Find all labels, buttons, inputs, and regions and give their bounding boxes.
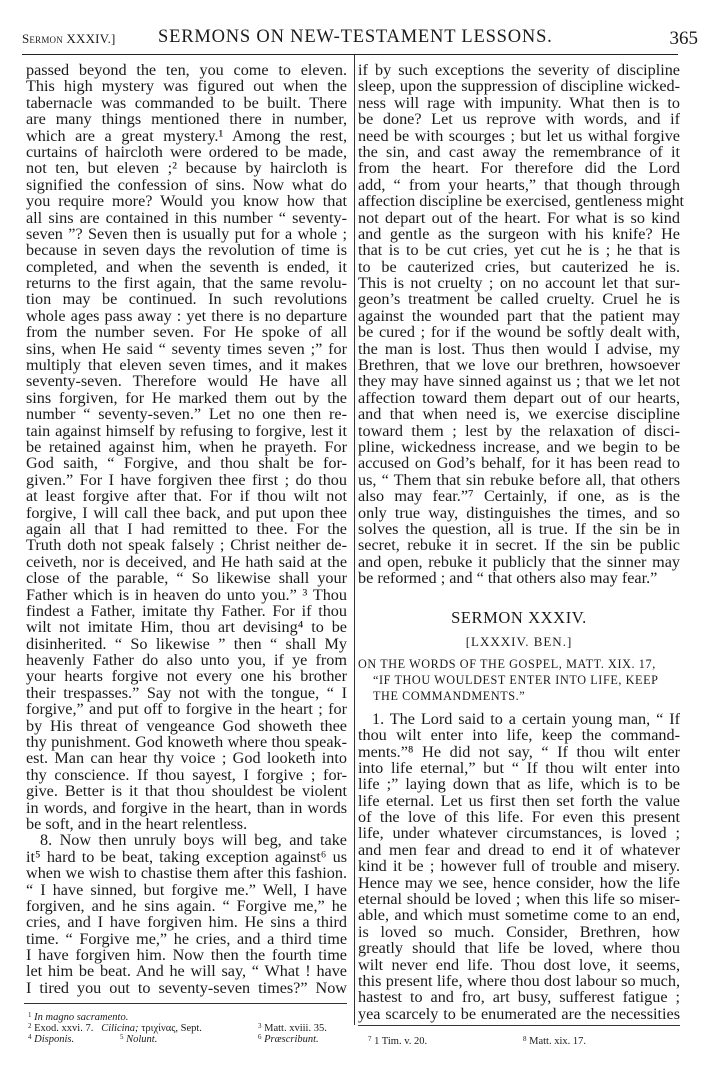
text-line: I have forgiven him. Now then the fourth… [26, 947, 347, 963]
footnote-4: 4 Disponis. [28, 1034, 74, 1045]
text-line: number “ seventy-seven.” Let no one then… [26, 406, 347, 422]
text-line: let him be beat. And he will say, “ What… [26, 963, 347, 979]
text-line: forgive, I will call thee back, and put … [26, 505, 347, 521]
text-line: at least forgive after that. For if thou… [26, 488, 347, 504]
text-line: This high mystery was figured out when t… [26, 78, 347, 94]
text-line: tain against himself by refusing to forg… [26, 423, 347, 439]
running-header: Sermon XXXIV.] SERMONS ON NEW-TESTAMENT … [22, 28, 702, 50]
text-line: 1. The Lord said to a certain young man,… [358, 711, 680, 727]
text-line: that is to be cut cries, yet cut he is ;… [358, 242, 680, 258]
text-line: This is not cruelty ; on no account let … [358, 275, 680, 291]
sermon-subtitle-line: THE COMMANDMENTS.” [358, 688, 680, 704]
text-line: sins forgiven, for He marked them out by… [26, 390, 347, 406]
text-line: pline, wickedness increase, and we begin… [358, 439, 680, 455]
text-line: hastest to and fro, art busy, sufferest … [358, 989, 680, 1005]
footnote-5: 5 Nolunt. [120, 1034, 157, 1045]
text-line: thou wilt enter into life, keep the comm… [358, 727, 680, 743]
text-line: thy conscience. If thou sayest, I forgiv… [26, 767, 347, 783]
text-line: all sins are contained in this number “ … [26, 210, 347, 226]
footnote-7: 7 1 Tim. v. 20. [368, 1036, 427, 1047]
left-column: passed beyond the ten, you come to eleve… [26, 62, 347, 996]
text-line: affection toward them depart out of our … [358, 390, 680, 406]
text-line: seven ”? Seven then is usually put for a… [26, 226, 347, 242]
text-line: when we wish to chastise them after this… [26, 865, 347, 881]
header-rule [22, 54, 678, 55]
text-line: again all that I had remitted to thee. F… [26, 521, 347, 537]
text-line: is loved so much. Consider, Brethren, ho… [358, 924, 680, 940]
text-line: the sin, and cast away the remembrance o… [358, 144, 680, 160]
text-line: and that when need is, we exercise disci… [358, 406, 680, 422]
text-line: est. Man can hear thy voice ; God looket… [26, 750, 347, 766]
text-line: are many things mentioned there in numbe… [26, 111, 347, 127]
footnote-1: 1 In magno sacramento. [28, 1012, 128, 1023]
text-line: their trespasses.” Say not with the tong… [26, 685, 347, 701]
text-line: wilt not imitate Him, thou art devising⁴… [26, 619, 347, 635]
text-line: and open, rebuke it publicly that the si… [358, 554, 680, 570]
right-column: if by such exceptions the severity of di… [358, 62, 680, 1022]
text-line: be done? Let us reprove with words, and … [358, 111, 680, 127]
text-line: disinherited. “ So likewise ” then “ sha… [26, 636, 347, 652]
column-divider [354, 55, 355, 1025]
text-line: passed beyond the ten, you come to eleve… [26, 62, 347, 78]
text-line: ments.”⁸ He did not say, “ If thou wilt … [358, 744, 680, 760]
text-line: completed, and when the seventh is ended… [26, 259, 347, 275]
text-line: sleep, upon the suppression of disciplin… [358, 78, 680, 94]
sermon-title: SERMON XXXIV. [358, 610, 680, 628]
text-line: tabernacle was commanded to be built. Th… [26, 95, 347, 111]
text-line: be reformed ; and “ that others also may… [358, 570, 680, 586]
text-line: eternal should be loved ; when this life… [358, 891, 680, 907]
text-line: add, “ from your hearts,” that though th… [358, 177, 680, 193]
text-line: thy punishment. God knoweth where thou s… [26, 734, 347, 750]
text-line: which are a great mystery.¹ Among the re… [26, 128, 347, 144]
text-line: to be cauterized cries, but cauterized h… [358, 259, 680, 275]
text-line: life eternal. Let us first then set fort… [358, 793, 680, 809]
running-head-number: XXXIV.] [66, 31, 115, 46]
text-line: secret, rebuke it in secret. If the sin … [358, 537, 680, 553]
text-line: “ I have sinned, but forgive me.” Well, … [26, 882, 347, 898]
text-line: the man is lost. Thus then would I advis… [358, 341, 680, 357]
text-line: seventy-seven. Therefore would He have a… [26, 373, 347, 389]
text-line: able, and which must sometime come to an… [358, 907, 680, 923]
text-line: by His threat of vengeance God showeth t… [26, 718, 347, 734]
text-line: not ten, but eleven ;² because by haircl… [26, 160, 347, 176]
text-line: Hence may we see, hence consider, how th… [358, 875, 680, 891]
text-line: also may fear.”⁷ Certainly, if one, as i… [358, 488, 680, 504]
text-line: close of the parable, “ So likewise shal… [26, 570, 347, 586]
text-line: be retained against him, when he prayeth… [26, 439, 347, 455]
text-line: yea scarcely to be enumerated are the ne… [358, 1006, 680, 1022]
footnote-rule-right [358, 1025, 680, 1026]
text-line: findest a Father, imitate thy Father. Fo… [26, 603, 347, 619]
text-line: Father which is in heaven do unto you.” … [26, 587, 347, 603]
text-line: 8. Now then unruly boys will beg, and ta… [26, 832, 347, 848]
text-line: affection discipline be exercised, gentl… [358, 193, 680, 209]
text-line: geon’s treatment be called cruelty. Crue… [358, 291, 680, 307]
footnote-2: 2 Exod. xxvi. 7. Cilicina; τριχίνας, Sep… [28, 1023, 202, 1034]
running-head-section: Sermon XXXIV.] [22, 31, 116, 47]
text-line: ceiveth, nor is deceived, and He hath sa… [26, 554, 347, 570]
text-line: it⁵ hard to be beat, taking exception ag… [26, 849, 347, 865]
text-line: kind it be ; however full of trouble and… [358, 858, 680, 874]
text-line: forgiven, and he sins again. “ Forgive m… [26, 898, 347, 914]
text-line: against the wounded part that the patien… [358, 308, 680, 324]
text-line: this present life, where thou dost labou… [358, 973, 680, 989]
text-line: need be with scourges ; but let us witha… [358, 128, 680, 144]
text-line: forgive,” and put off to forgive in the … [26, 701, 347, 717]
text-line: Brethren, that we love our brethren, how… [358, 357, 680, 373]
text-line: wilt never end life. Thou dost love, it … [358, 957, 680, 973]
text-line: you require more? Would you know how tha… [26, 193, 347, 209]
text-line: tion may be continued. In such revolutio… [26, 291, 347, 307]
text-line: curtains of haircloth were ordered to be… [26, 144, 347, 160]
text-line: not depart out of the heart. For what is… [358, 210, 680, 226]
text-line: Truth doth not speak falsely ; Christ ne… [26, 537, 347, 553]
text-line: give. Better is it that thou shouldest b… [26, 783, 347, 799]
text-line: ness will rage with impunity. What then … [358, 95, 680, 111]
text-line: sins, when He said “ seventy times seven… [26, 341, 347, 357]
text-line: life, under whatever circumstances, is l… [358, 825, 680, 841]
footnote-3: 3 Matt. xviii. 35. [258, 1023, 327, 1034]
text-line: they may have sinned against us ; that w… [358, 373, 680, 389]
running-head-prefix: Sermon [22, 31, 63, 46]
footnote-rule-left [24, 1003, 347, 1004]
text-line: accused on God’s behalf, for it has been… [358, 455, 680, 471]
sermon-benedictine-number: [LXXXIV. BEN.] [358, 634, 680, 656]
text-line: us, “ Them that sin rebuke before all, t… [358, 472, 680, 488]
text-line: be cured ; for if the wound be softly de… [358, 324, 680, 340]
text-line: toward them ; lest by the relaxation of … [358, 423, 680, 439]
text-line: from the heart. For therefore did the Lo… [358, 160, 680, 176]
text-line: if by such exceptions the severity of di… [358, 62, 680, 78]
page-number: 365 [670, 28, 699, 50]
text-line: be soft, and in the heart relentless. [26, 816, 347, 832]
text-line: solves the question, all is true. If the… [358, 521, 680, 537]
footnote-8: 8 Matt. xix. 17. [523, 1036, 586, 1047]
text-line: whole ages pass away : yet there is no d… [26, 308, 347, 324]
running-head-title: SERMONS ON NEW-TESTAMENT LESSONS. [158, 27, 553, 48]
text-line: into life eternal,” but “ If thou wilt e… [358, 760, 680, 776]
text-line: I tired you out to seventy-seven times?”… [26, 980, 347, 996]
footnote-6: 6 Præscribunt. [258, 1034, 319, 1045]
text-line: returns to the first again, that the sam… [26, 275, 347, 291]
text-line: heavenly Father do also unto you, if ye … [26, 652, 347, 668]
text-line: of the love of this life. For even this … [358, 809, 680, 825]
right-column-text-after-heading: 1. The Lord said to a certain young man,… [358, 711, 680, 1022]
text-line: multiply that eleven seven times, and it… [26, 357, 347, 373]
text-line: because in seven days the revolution of … [26, 242, 347, 258]
text-line: your hearts forgive not every one his br… [26, 668, 347, 684]
text-line: God saith, “ Forgive, and thou shalt be … [26, 455, 347, 471]
text-line: greatly should that life be loved, where… [358, 940, 680, 956]
text-line: and gentle as the surgeon with his knife… [358, 226, 680, 242]
text-line: cries, and I have forgiven him. He sins … [26, 914, 347, 930]
text-line: time. “ Forgive me,” he cries, and a thi… [26, 931, 347, 947]
sermon-subtitle-line: ON THE WORDS OF THE GOSPEL, MATT. XIX. 1… [358, 656, 680, 672]
sermon-subtitle-line: “IF THOU WOULDEST ENTER INTO LIFE, KEEP [358, 672, 680, 688]
text-line: given.” For I have forgiven thee first ;… [26, 472, 347, 488]
text-line: and men fear and dread to end it of what… [358, 842, 680, 858]
text-line: in words, and forgive in the heart, than… [26, 800, 347, 816]
text-line: life ;” laying down that as life, which … [358, 776, 680, 792]
text-line: signified the confession of sins. Now wh… [26, 177, 347, 193]
text-line: from the number seven. For He spoke of a… [26, 324, 347, 340]
right-column-text-before-heading: if by such exceptions the severity of di… [358, 62, 680, 587]
text-line: only true way, distinguishes the times, … [358, 505, 680, 521]
